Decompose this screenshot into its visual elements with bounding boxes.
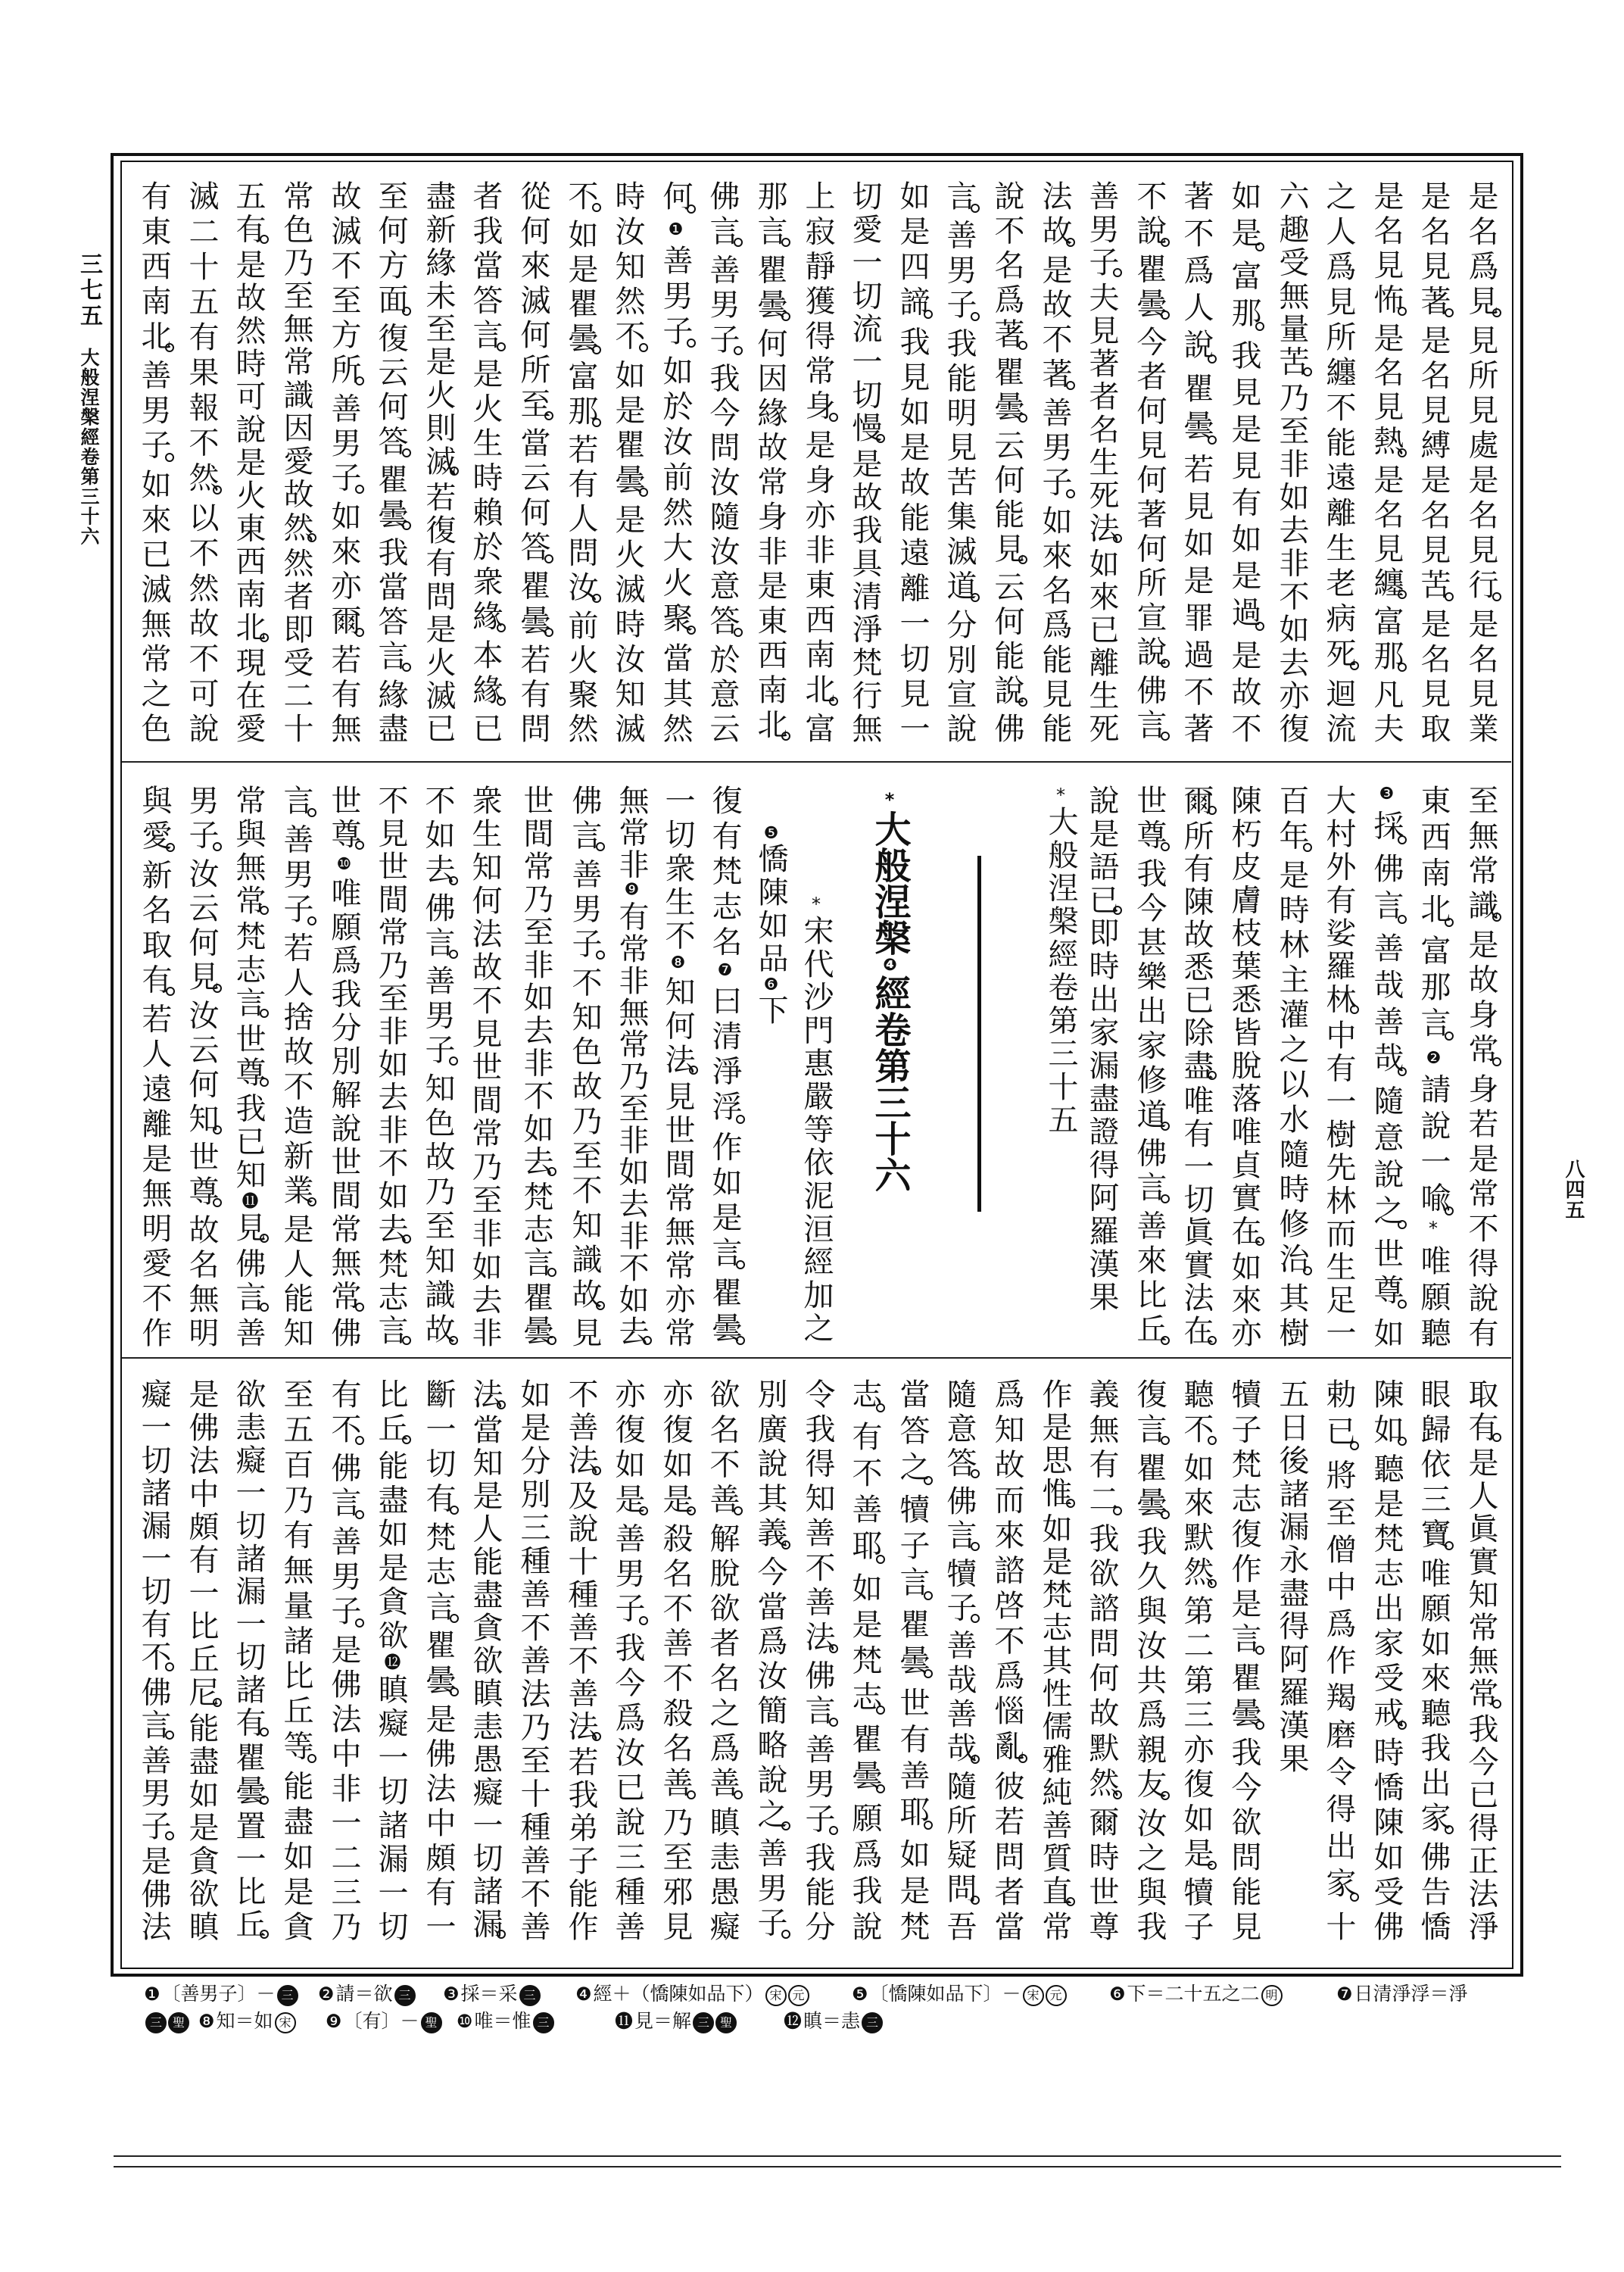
footnote-text: 見＝解	[634, 2010, 691, 2032]
edition-badge: 明	[1261, 1985, 1283, 2006]
text-column: 故滅不至方所。善男子。如來亦爾。若有無	[327, 180, 360, 743]
bottom-rule-1	[114, 2155, 1561, 2157]
fascicle-divider-rule	[977, 856, 981, 1212]
text-column: 何。❶善男子。如於汝前然大火聚。當其然	[659, 180, 692, 743]
text-column: 有不。佛言。善男子。是佛法中非一二三乃	[327, 1378, 360, 1941]
text-column: 令我得知善不善法。佛言。善男子。我能分	[801, 1378, 834, 1941]
text-column: 如是分別三種善不善法乃至十種善不善	[516, 1378, 550, 1941]
text-column: 至何方面。復云何答。瞿曇。我當答言。緣盡	[374, 180, 407, 743]
footnote-marker: ❺	[852, 1983, 868, 2005]
text-column: 從何來滅何所至。當云何答。瞿曇。若有問	[516, 180, 550, 743]
text-column: 有東西南北。善男子。如來已滅無常之色	[137, 180, 170, 743]
asterisk-mark: *	[1050, 785, 1071, 806]
footnote-7: ❼日清淨浮＝淨	[1336, 1983, 1468, 2005]
text-column: 義無有二。我欲諮問何故默然。爾時世尊	[1085, 1378, 1118, 1941]
footnote-ref-marker: ❺	[762, 824, 781, 843]
text-column: 東西南北。富那言。❷請說一喩。*唯願聽	[1417, 785, 1450, 1347]
text-column: 欲恚癡一切諸漏一切諸有。瞿曇。置一比丘。	[232, 1378, 265, 1941]
text-column: 法故。是故不著。善男子。如來名爲能見能	[1038, 180, 1071, 743]
text-column: 衆生知何法故不見世間常乃至非如去非	[468, 785, 501, 1347]
text-column: 是佛法中頗有一比丘尼。能盡如是貪欲瞋	[185, 1378, 218, 1941]
translator-line: *宋代沙門惠嚴等依泥洹經加之	[800, 894, 833, 1345]
running-title: 大般涅槃經卷第三十六	[78, 348, 99, 546]
text-column: 復有梵志名❼曰清淨浮。作如是言。瞿曇。	[708, 785, 741, 1347]
text-column: 不善法。及說十種善不善法。若我弟子能作	[564, 1378, 597, 1941]
footnote-ref-marker: ❹	[881, 956, 899, 975]
footnote-text: 下＝二十五之二	[1127, 1983, 1260, 2005]
text-column: 聽不。如來默然。第二第三亦復如是。犢子	[1180, 1378, 1213, 1941]
text-column: 上寂靜獲得常身。是身亦非東西南北。富	[801, 180, 834, 743]
text-column: 爾。所有陳故悉已除盡。唯有一切眞實法在。	[1180, 785, 1213, 1347]
text-column: 五有。是故然時可說是火東西南北。現在愛	[232, 180, 265, 743]
asterisk-mark: *	[879, 789, 900, 810]
text-column: 眼歸依三寶。唯願如來聽我出家。佛告憍	[1417, 1378, 1450, 1941]
register-divider-upper	[122, 761, 1511, 763]
text-column: 言。善男子。我能明見苦集滅道。分別宣說	[943, 180, 976, 743]
footnote-ref-marker: ❻	[762, 975, 781, 994]
footnote-text: 請＝欲	[336, 1983, 393, 2005]
text-column: 如是四諦。我見如是故能遠離一切見一	[896, 180, 929, 743]
text-column: ❸採。佛言。善哉善哉。隨意說之。世尊。如	[1370, 785, 1403, 1347]
edition-badge: 宋	[275, 2012, 296, 2033]
text-column: 一切衆生不❽知何法。見世間常無常亦常	[661, 785, 694, 1347]
edition-badge: 宋	[1023, 1985, 1044, 2006]
footnote-ref-marker: ❸	[1377, 785, 1396, 810]
text-column: 陳朽皮膚枝葉悉皆脫落唯貞實在。如來亦	[1227, 785, 1261, 1347]
asterisk-mark: *	[806, 894, 827, 915]
text-column: 陳如。聽是梵志出家受戒。時憍陳如受佛	[1370, 1378, 1403, 1941]
text-column: 世間常乃至非如去非不如去。梵志言。瞿曇。	[519, 785, 553, 1347]
fascicle-end-title: *大般涅槃經卷第三十五	[1044, 785, 1077, 1137]
edition-badge: 三	[394, 1985, 416, 2006]
footnote-text: 唯＝惟	[475, 2010, 531, 2032]
footnote-ref-marker: ❽	[669, 953, 687, 976]
text-column: 復言。瞿曇。我久與汝共爲親友。汝之與我	[1133, 1378, 1166, 1941]
text-column: 那言。瞿曇。何因緣故常身非是東西南北。	[753, 180, 787, 743]
footnote-marker: ⓬	[784, 2011, 802, 2032]
text-column: 說是語已。即時出家漏盡證得阿羅漢果	[1085, 785, 1118, 1314]
text-column: 之人爲見所纏不能遠離生老病死。迴流	[1322, 180, 1355, 743]
footnote-6: ❻下＝二十五之二明	[1109, 1983, 1283, 2006]
edition-badge: 三	[277, 1985, 298, 2006]
edition-badge: 聖	[168, 2012, 189, 2033]
text-column: 當答之。犢子言。瞿曇。世有善耶。如是梵	[896, 1378, 929, 1941]
register-divider-lower	[122, 1357, 1511, 1359]
text-column: 佛言。善男子。不知色故乃至不知識故。見	[568, 785, 601, 1347]
footnote-marker: ❼	[1336, 1983, 1353, 2005]
page-number: 八四五	[1563, 1159, 1584, 1220]
footnote-text: 瞋＝恚	[803, 2010, 860, 2032]
edition-badge: 元	[788, 1985, 809, 2006]
footnote-text: 經＋（憍陳如品下）	[594, 1983, 764, 2005]
text-column: 比丘。能盡如是貪欲⓬瞋癡一切諸漏一切	[374, 1378, 407, 1941]
edition-badge: 三	[693, 2012, 714, 2033]
text-column: 至五百乃有無量諸比丘等。能盡如是貪	[279, 1378, 313, 1941]
footnote-11: ⓫見＝解三聖	[615, 2010, 737, 2033]
text-column: 亦復如是。殺名不善不殺名善。乃至邪見	[659, 1378, 692, 1941]
footnote-text: 知＝如	[217, 2010, 273, 2032]
text-column: 常與無常。梵志言。世尊。我已知⓫見。佛言。善	[232, 785, 265, 1347]
text-column: 六趣受無量苦。乃至非如去非不如去亦復	[1275, 180, 1308, 743]
edition-badge: 三	[145, 2012, 167, 2033]
footnote-text: 〔善男子〕－	[162, 1983, 276, 2005]
text-column: 勅已。將至僧中爲作羯磨令得出家。十	[1322, 1378, 1355, 1941]
text-column: 與愛。新名取有。若人遠離是無明愛不作	[138, 785, 171, 1347]
text-column: 犢子梵志復作是言。瞿曇。我今欲問能見	[1227, 1378, 1261, 1941]
footnote-2: ❷請＝欲三	[318, 1983, 416, 2006]
footnote-3: ❸採＝采三	[443, 1983, 541, 2006]
edition-badge: 元	[1046, 1985, 1067, 2006]
text-column: 言。善男子。若人捨故不造新業。是人能知	[279, 785, 313, 1347]
text-column: 不如去。佛言。善男子。知色故乃至知識故。	[421, 785, 454, 1347]
text-column: 大村外有娑羅林。中有一樹先林而生足一	[1322, 785, 1355, 1347]
text-column: 志。有不善耶。如是梵志。瞿曇。願爲我說	[848, 1378, 881, 1941]
text-column: 至無常識。是故身常。身若是常不得說有	[1464, 785, 1498, 1347]
text-column: 取有。是人眞實知常無常。我今已得正法淨	[1464, 1378, 1498, 1941]
text-column: 不見世間常乃至非如去非不如去。梵志言。	[374, 785, 407, 1347]
text-column: 別廣說其義。今當爲汝簡略說之。善男子。	[753, 1378, 787, 1941]
footnote-12: ⓬瞋＝恚三	[784, 2010, 883, 2033]
text-column: 切愛一切流一切慢。是故我具清淨梵行無	[848, 180, 881, 743]
text-column: 是名爲見。見所見處是名見行。是名見業	[1464, 180, 1498, 743]
footnote-4: ❹經＋（憍陳如品下）宋元	[575, 1983, 809, 2006]
footnote-marker: ❾	[326, 2011, 342, 2032]
fascicle-title: *大般涅槃❹經卷第三十六	[868, 789, 911, 1193]
chapter-title: ❺憍陳如品❻下	[754, 824, 787, 1028]
text-column: 百年。是時林主灌之以水隨時修治。其樹	[1275, 785, 1308, 1347]
footnote-text: 採＝采	[461, 1983, 518, 2005]
text-column: 如是。富那。我見是見有如是過。是故不	[1227, 180, 1261, 743]
text-column: 盡新緣未至是火則滅。若復有問是火滅已	[422, 180, 455, 743]
text-column: 法。當知是人能盡貪欲瞋恚愚癡一切諸漏。	[469, 1378, 502, 1941]
footnote-marker: ❶	[144, 1983, 161, 2005]
text-column: 欲名不善。解脫欲者名之爲善。瞋恚愚癡	[706, 1378, 739, 1941]
footnote-marker: ❿	[457, 2011, 473, 2032]
footnote-marker: ⓫	[615, 2011, 633, 2032]
text-column: 常色乃至無常識因愛故然。然者即受二十	[279, 180, 313, 743]
footnote-marker: ❸	[443, 1983, 460, 2005]
text-column: 亦復如是。善男子。我今爲汝已說三種善	[611, 1378, 644, 1941]
edition-badge: 三	[519, 1985, 541, 2006]
footnote-5: ❺〔憍陳如品下〕－宋元	[852, 1983, 1067, 2006]
text-column: 不。如是瞿曇。富那。若有人問汝。前火聚然	[564, 180, 597, 743]
text-column: 作是思惟。如是梵志其性儒雅純善質直。常	[1038, 1378, 1071, 1941]
edition-badge: 三	[533, 2012, 554, 2033]
text-column: 五日後諸漏永盡得阿羅漢果	[1275, 1378, 1308, 1775]
text-column: 隨意答。佛言。犢子。善哉善哉。隨所疑問。吾	[943, 1378, 976, 1941]
text-column: 爲知故而來諮啓不爲惱亂。彼若問者當	[990, 1378, 1024, 1941]
sutra-number: 三七五	[76, 252, 101, 329]
edition-badge: 三	[862, 2012, 883, 2033]
footnote-ref-marker: ❼	[715, 961, 734, 985]
text-column: 滅二十五有果報不然。以不然故不可說	[185, 180, 218, 743]
footnote-text: 〔有〕－	[344, 2010, 419, 2032]
text-column: 世尊。❿唯願爲我分別解說世間常無常。佛	[327, 785, 360, 1347]
footnote-1: ❶〔善男子〕－三	[144, 1983, 298, 2006]
footnote-9: ❾〔有〕－聖	[326, 2010, 442, 2033]
text-column: 著不爲人說。瞿曇。若見如是罪過不著	[1180, 180, 1213, 743]
text-column: 男子。汝云何見。汝云何知。世尊。故名無明	[185, 785, 218, 1347]
footnote-7-editions: 三聖	[144, 2010, 189, 2033]
footnote-text: 日清淨浮＝淨	[1354, 1983, 1468, 2005]
text-column: 無常非❾有常非無常乃至非如去非不如去。	[615, 785, 648, 1347]
text-column: 佛言。善男子。我今問汝隨汝意答。於意云	[706, 180, 739, 743]
footnote-marker: ❻	[1109, 1983, 1126, 2005]
footnote-ref-marker: ⓫	[239, 1192, 258, 1212]
text-column: 是名見怖。是名見熱。是名見纏。富那。凡夫	[1370, 180, 1403, 743]
footnote-marker: ❹	[575, 1983, 592, 2005]
bottom-rule-2	[114, 2166, 1561, 2167]
footnote-10: ❿唯＝惟三	[457, 2010, 554, 2033]
text-column: 世尊。我今甚樂出家修道。佛言。善來比丘。	[1133, 785, 1166, 1347]
footnote-ref-marker: ⓬	[382, 1653, 401, 1674]
text-column: 者我當答言。是火生時賴於衆緣。本緣。已	[469, 180, 502, 743]
text-column: 斷一切有。梵志言。瞿曇。是佛法中頗有一	[422, 1378, 455, 1941]
edition-badge: 聖	[421, 2012, 442, 2033]
text-column: 時汝知然不。如是瞿曇。是火滅時汝知滅	[611, 180, 644, 743]
footnote-ref-marker: ❾	[622, 880, 641, 900]
text-column: 是名見著。是名見縛是名見苦。是名見取	[1417, 180, 1450, 743]
text-column: 不說。瞿曇。今者何見何著何所宣說。佛言。	[1133, 180, 1166, 743]
footnote-marker: ❷	[318, 1983, 335, 2005]
text-column: 善男子。夫見著者名生死法。如來已離生死	[1085, 180, 1118, 743]
text-column: 說不名爲著。瞿曇。云何能見。云何能說。佛	[990, 180, 1024, 743]
footnote-text: 〔憍陳如品下〕－	[870, 1983, 1021, 2005]
footnote-marker: ❽	[198, 2011, 215, 2032]
text-column: 癡一切諸漏一切有不。佛言。善男子。是佛法	[137, 1378, 170, 1941]
edition-badge: 聖	[715, 2012, 737, 2033]
edition-badge: 宋	[765, 1985, 787, 2006]
footnote-8: ❽知＝如宋	[198, 2010, 296, 2033]
